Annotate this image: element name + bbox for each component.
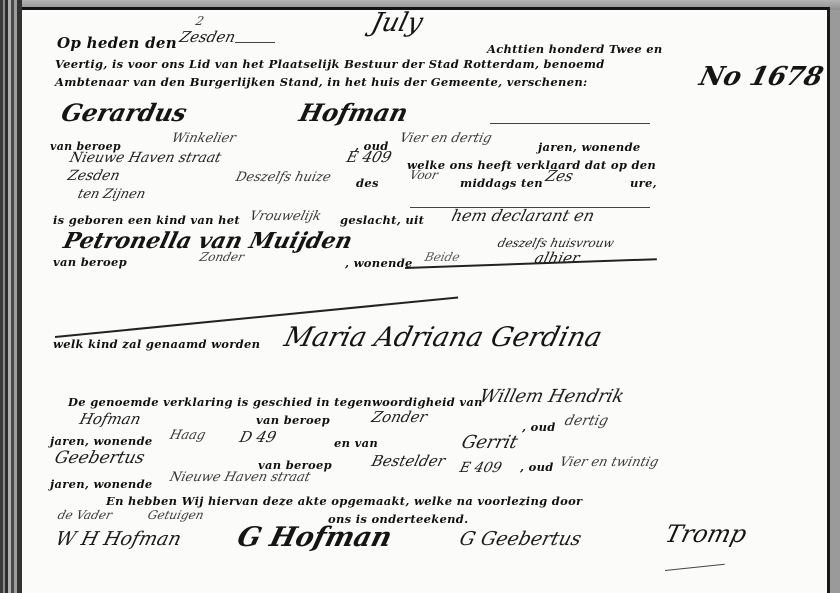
father-first-name: Gerardus [58, 98, 190, 127]
father-occupation: Winkelier [170, 131, 237, 146]
printed-wonende-2: , wonende [345, 256, 413, 270]
birth-place: Deszelfs huize [234, 170, 332, 185]
child-sex: Vrouwelijk [248, 209, 323, 224]
witness2-age: Vier en twintig [558, 455, 660, 470]
closing-note-vader: de Vader [56, 508, 113, 522]
mother-address-b: alhier [533, 249, 582, 267]
witness2-last-name: Geebertus [53, 448, 147, 468]
mother-relation: deszelfs huisvrouw [496, 236, 615, 250]
mother-occupation: Zonder [198, 250, 245, 264]
printed-de-genoemde: De genoemde verklaring is geschied in te… [68, 395, 483, 409]
birth-day: Zesden [66, 168, 121, 184]
signature-official: Tromp [663, 520, 750, 548]
signature-witness2: G Geebertus [457, 528, 583, 550]
fill-line [235, 42, 275, 43]
child-name: Maria Adriana Gerdina [281, 322, 605, 353]
witness2-address: Nieuwe Haven straat [168, 470, 312, 485]
birth-hour: Zes [544, 167, 575, 185]
witness1-house-number: D 49 [238, 428, 278, 446]
printed-closing-1: En hebben Wij hiervan deze akte opgemaak… [106, 494, 582, 508]
printed-middags-ten: middags ten [460, 176, 543, 190]
birth-dayparts: Voor [408, 168, 439, 182]
witness2-name: Gerrit [459, 432, 519, 453]
fill-line [490, 123, 650, 124]
witness2-house-number: E 409 [458, 460, 503, 476]
father-last-name: Hofman [296, 98, 411, 127]
printed-oud-4: , oud [520, 460, 554, 474]
printed-des: des [356, 176, 379, 190]
signature-witness1: W H Hofman [53, 528, 183, 550]
birth-place-2: ten Zijnen [76, 187, 147, 202]
witness1-occupation: Zonder [370, 408, 429, 426]
witness1-name: Willem Hendrik [477, 386, 626, 407]
signature-father: G Hofman [234, 522, 395, 553]
printed-is-geboren: is geboren een kind van het [53, 213, 240, 227]
book-binding [0, 0, 22, 593]
father-age: Vier en dertig [398, 131, 493, 146]
witness1-last-name: Hofman [78, 410, 143, 428]
printed-jaren-wonende: jaren, wonende [538, 140, 641, 154]
printed-welke-ons: welke ons heeft verklaard dat op den [407, 158, 656, 172]
printed-geslacht-uit: geslacht, uit [340, 213, 424, 227]
printed-line-2: Veertig, is voor ons Lid van het Plaatse… [55, 57, 605, 71]
witness1-address: Haag [168, 428, 207, 443]
printed-jaren-wonende-4: jaren, wonende [50, 477, 153, 491]
handwritten-day: Zesden [178, 28, 238, 46]
printed-op-heden: Op heden den [57, 34, 177, 52]
father-address: Nieuwe Haven straat [68, 150, 223, 166]
printed-year-line: Achttien honderd Twee en [487, 42, 663, 56]
mother-intro: hem declarant en [450, 206, 597, 225]
printed-van-beroep-3: van beroep [256, 413, 330, 427]
printed-oud-3: , oud [522, 420, 556, 434]
printed-welk-kind: welk kind zal genaamd worden [53, 337, 260, 351]
register-number: No 1678 [696, 62, 826, 92]
printed-van-beroep-2: van beroep [53, 255, 127, 269]
closing-note-getuigen: Getuigen [146, 508, 205, 522]
witness2-occupation: Bestelder [370, 452, 447, 470]
father-house-number: E 409 [345, 148, 394, 166]
handwritten-month: July [368, 8, 426, 38]
printed-ure: ure, [630, 176, 657, 190]
printed-line-3: Ambtenaar van den Burgerlijken Stand, in… [55, 75, 588, 89]
witness1-age: dertig [563, 413, 610, 429]
mother-address-a: Beide [423, 250, 461, 264]
printed-jaren-wonende-3: jaren, wonende [50, 434, 153, 448]
printed-en-van: en van [334, 436, 378, 450]
